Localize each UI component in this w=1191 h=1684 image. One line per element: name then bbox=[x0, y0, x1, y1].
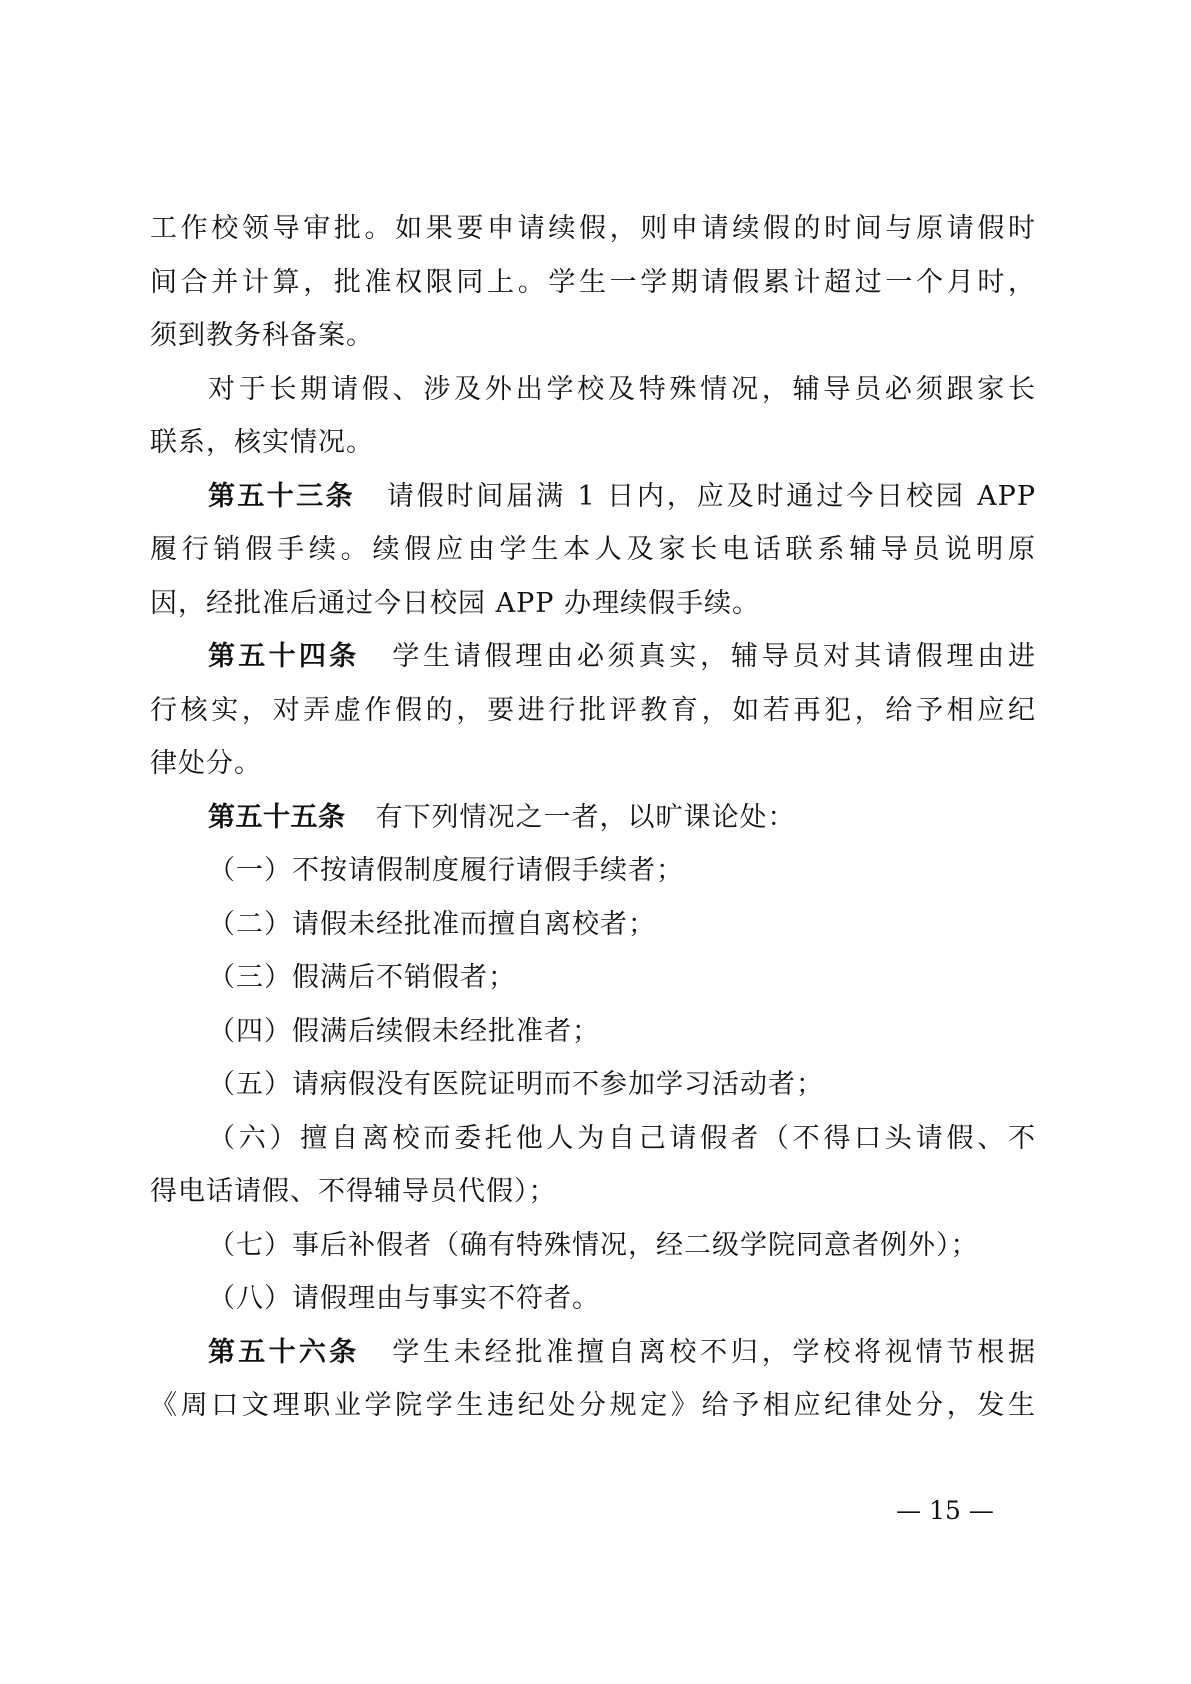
article-title: 第五十四条 bbox=[208, 641, 359, 672]
list-item: （五）请病假没有医院证明而不参加学习活动者； bbox=[150, 1058, 1036, 1112]
article-text: 学生请假理由必须真实，辅导员对其请假理由进 bbox=[389, 641, 1036, 672]
text-line: 第五十五条有下列情况之一者，以旷课论处： bbox=[150, 791, 1036, 845]
article-53: 第五十三条请假时间届满 1 日内，应及时通过今日校园 APP 履行销假手续。续假… bbox=[150, 470, 1036, 631]
article-text: 学生未经批准擅自离校不归，学校将视情节根据 bbox=[389, 1337, 1036, 1368]
text-line: 得电话请假、不得辅导员代假）； bbox=[150, 1165, 1036, 1219]
text-line: 行核实，对弄虚作假的，要进行批评教育，如若再犯，给予相应纪 bbox=[150, 684, 1036, 738]
list-item: （三）假满后不销假者； bbox=[150, 951, 1036, 1005]
text-line: 律处分。 bbox=[150, 737, 1036, 791]
text-line: 第五十三条请假时间届满 1 日内，应及时通过今日校园 APP bbox=[150, 470, 1036, 524]
article-56: 第五十六条学生未经批准擅自离校不归，学校将视情节根据 《周口文理职业学院学生违纪… bbox=[150, 1326, 1036, 1433]
article-text: 有下列情况之一者，以旷课论处： bbox=[376, 802, 796, 833]
text-line: （六）擅自离校而委托他人为自己请假者（不得口头请假、不 bbox=[150, 1112, 1036, 1166]
text-line: 因，经批准后通过今日校园 APP 办理续假手续。 bbox=[150, 577, 1036, 631]
text-line: 间合并计算，批准权限同上。学生一学期请假累计超过一个月时， bbox=[150, 256, 1036, 310]
paragraph-long-term-leave: 对于长期请假、涉及外出学校及特殊情况，辅导员必须跟家长 联系，核实情况。 bbox=[150, 363, 1036, 470]
document-body: 工作校领导审批。如果要申请续假，则申请续假的时间与原请假时 间合并计算，批准权限… bbox=[150, 202, 1036, 1433]
page-number: — 15 — bbox=[890, 1496, 1000, 1525]
text-line: 第五十四条学生请假理由必须真实，辅导员对其请假理由进 bbox=[150, 630, 1036, 684]
list-item: （七）事后补假者（确有特殊情况，经二级学院同意者例外）； bbox=[150, 1219, 1036, 1273]
article-55: 第五十五条有下列情况之一者，以旷课论处： bbox=[150, 791, 1036, 845]
text-line: 履行销假手续。续假应由学生本人及家长电话联系辅导员说明原 bbox=[150, 523, 1036, 577]
absence-conditions-list: （一）不按请假制度履行请假手续者； （二）请假未经批准而擅自离校者； （三）假满… bbox=[150, 844, 1036, 1326]
paragraph-approval-continuation: 工作校领导审批。如果要申请续假，则申请续假的时间与原请假时 间合并计算，批准权限… bbox=[150, 202, 1036, 363]
list-item: （四）假满后续假未经批准者； bbox=[150, 1005, 1036, 1059]
text-line: 须到教务科备案。 bbox=[150, 309, 1036, 363]
list-item: （六）擅自离校而委托他人为自己请假者（不得口头请假、不 得电话请假、不得辅导员代… bbox=[150, 1112, 1036, 1219]
text-line: 工作校领导审批。如果要申请续假，则申请续假的时间与原请假时 bbox=[150, 202, 1036, 256]
article-title: 第五十五条 bbox=[208, 802, 346, 833]
article-text: 请假时间届满 1 日内，应及时通过今日校园 APP bbox=[385, 481, 1036, 512]
article-title: 第五十三条 bbox=[208, 481, 355, 512]
text-line: 《周口文理职业学院学生违纪处分规定》给予相应纪律处分，发生 bbox=[150, 1379, 1036, 1433]
text-line: 对于长期请假、涉及外出学校及特殊情况，辅导员必须跟家长 bbox=[150, 363, 1036, 417]
text-line: 联系，核实情况。 bbox=[150, 416, 1036, 470]
text-line: 第五十六条学生未经批准擅自离校不归，学校将视情节根据 bbox=[150, 1326, 1036, 1380]
article-title: 第五十六条 bbox=[208, 1337, 359, 1368]
list-item: （一）不按请假制度履行请假手续者； bbox=[150, 844, 1036, 898]
list-item: （八）请假理由与事实不符者。 bbox=[150, 1272, 1036, 1326]
article-54: 第五十四条学生请假理由必须真实，辅导员对其请假理由进 行核实，对弄虚作假的，要进… bbox=[150, 630, 1036, 791]
list-item: （二）请假未经批准而擅自离校者； bbox=[150, 898, 1036, 952]
